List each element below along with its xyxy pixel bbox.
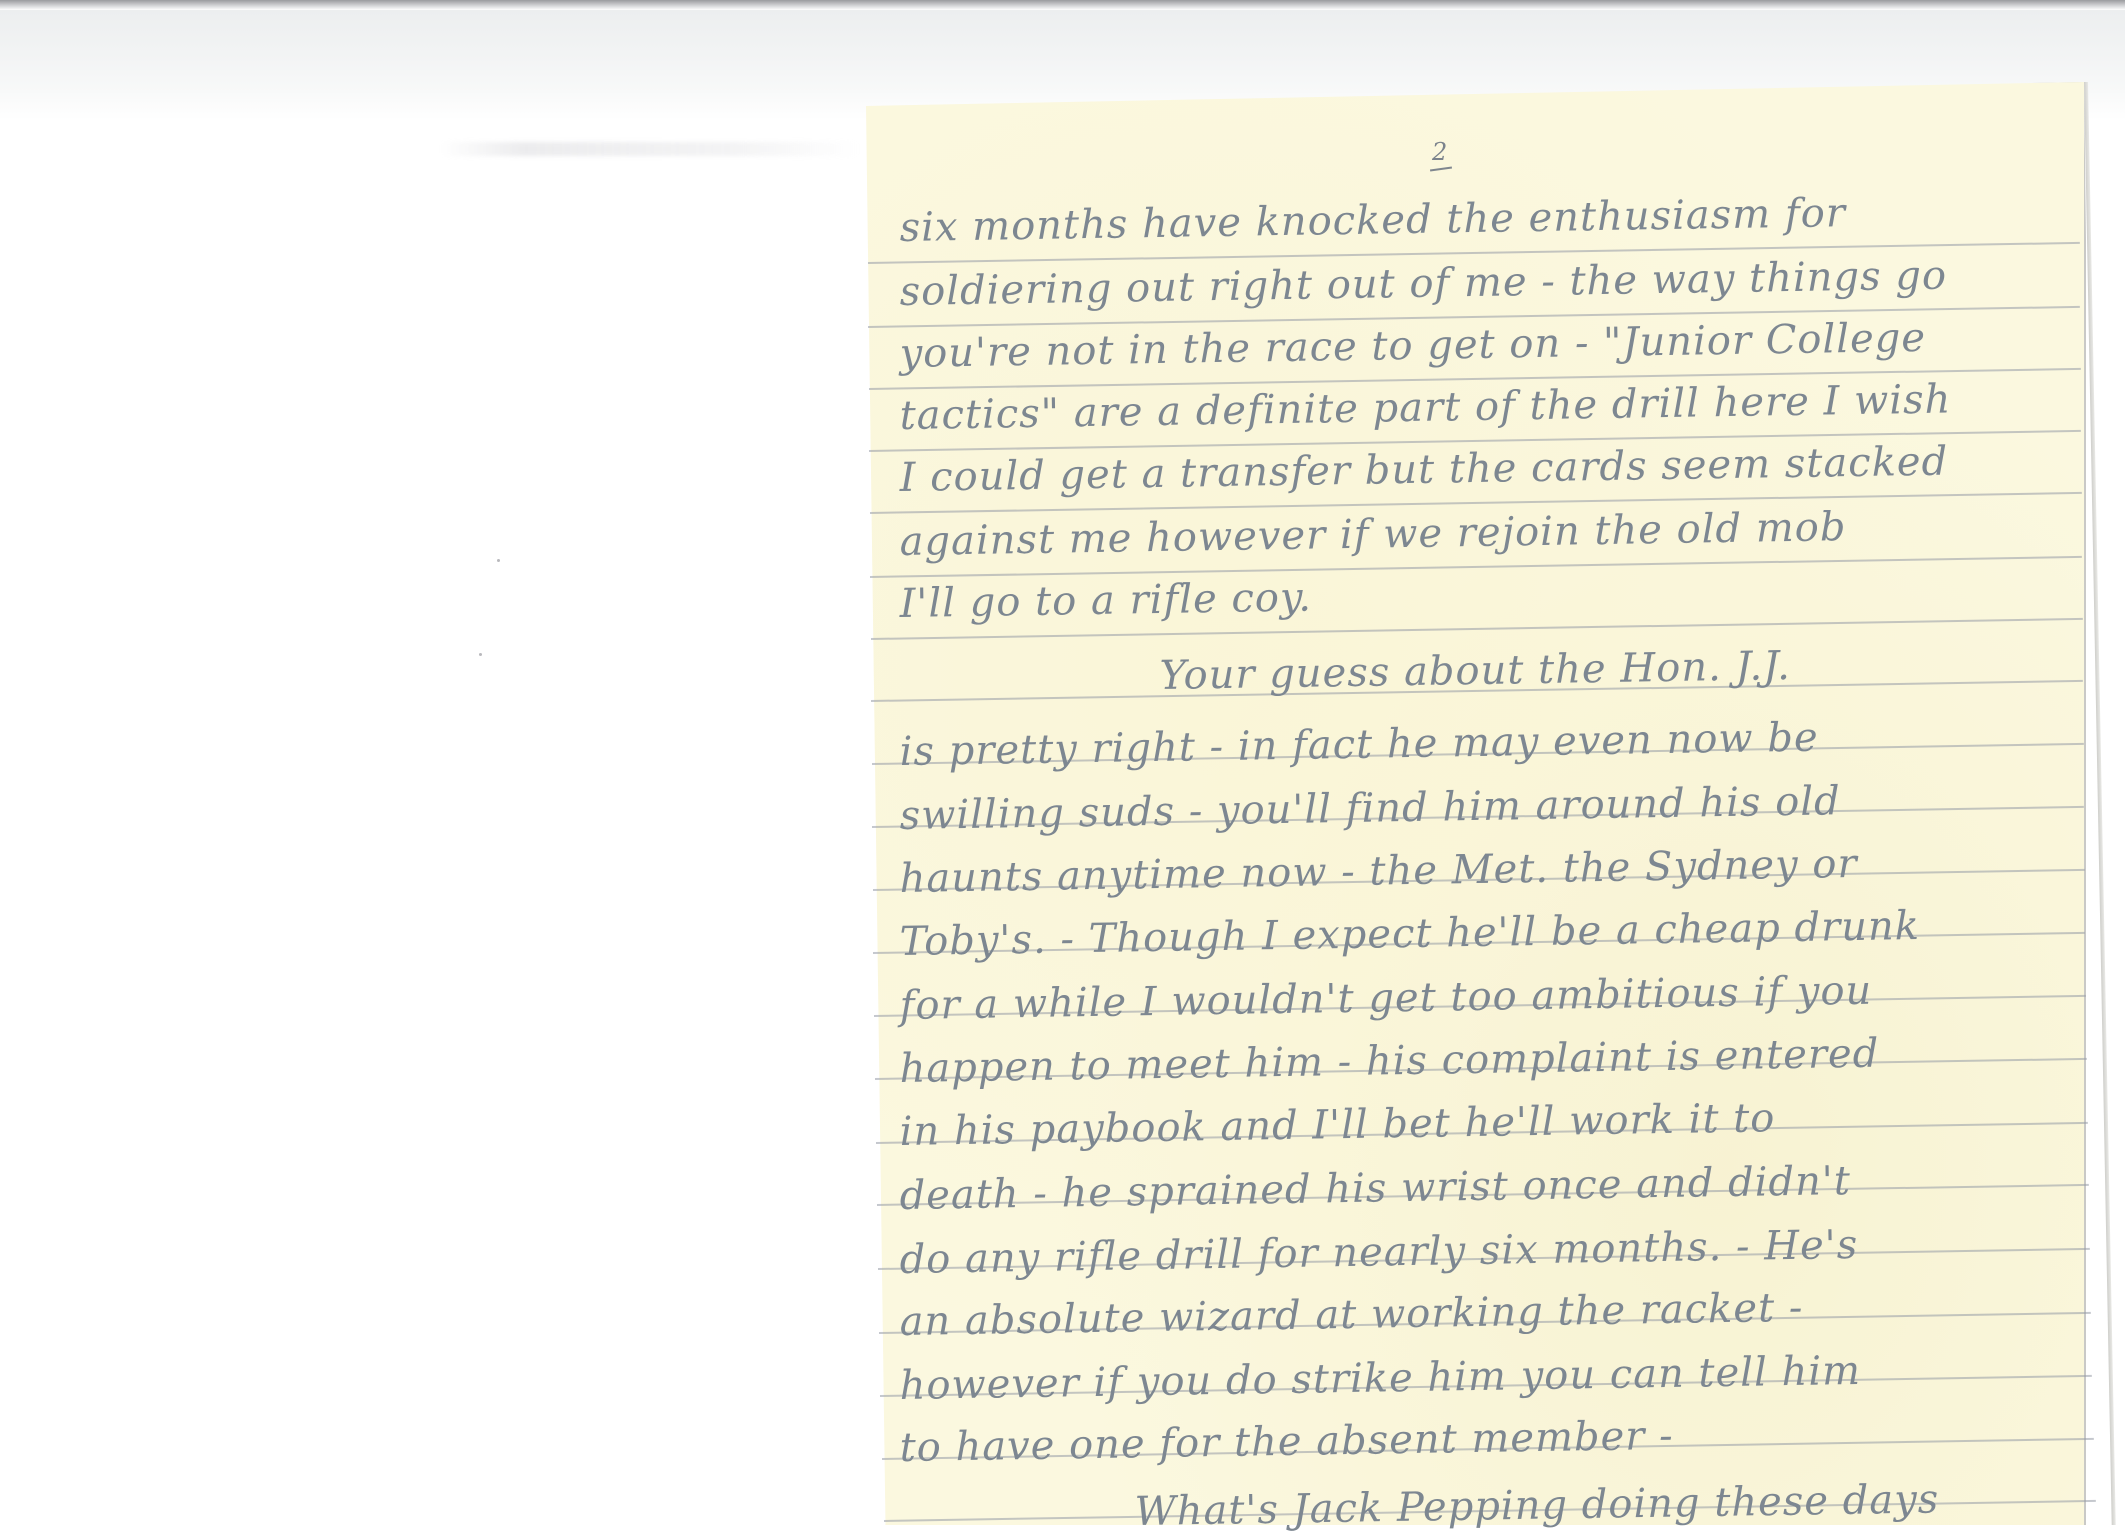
scanner-lid-shadow [0, 0, 2125, 10]
dust-speck [497, 559, 500, 562]
dust-speck [479, 653, 482, 656]
sheet-edge-shadow [2084, 82, 2116, 1525]
page-number: 2 [1432, 138, 1447, 166]
scanned-page: 2 six months have knocked the enthusiasm… [0, 0, 2125, 1535]
faint-bleed-through-text [440, 142, 860, 156]
